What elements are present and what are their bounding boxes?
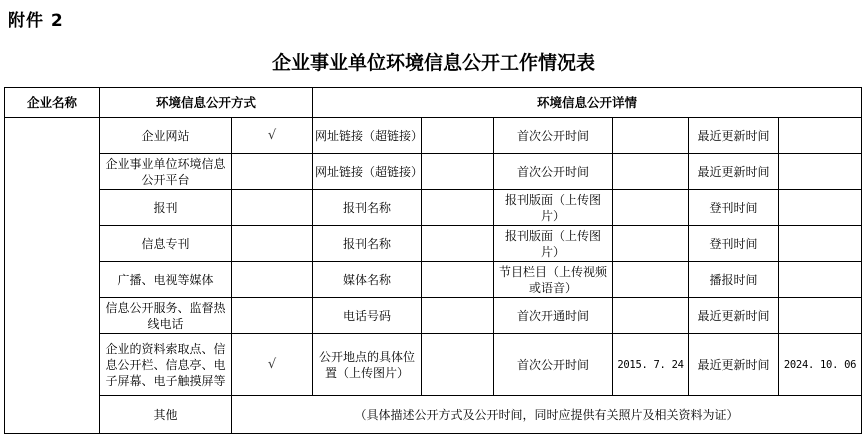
table-row: 企业的资料索取点、信息公开栏、信息亭、电子屏幕、电子触摸屏等 √ 公开地点的具体…: [5, 334, 862, 396]
field-label: 媒体名称: [313, 262, 422, 298]
field-value[interactable]: [422, 118, 494, 154]
field-label: 电话号码: [313, 298, 422, 334]
field-label: 最近更新时间: [689, 154, 779, 190]
field-value[interactable]: [779, 190, 862, 226]
field-value[interactable]: [422, 334, 494, 396]
header-company-name: 企业名称: [5, 88, 100, 118]
field-label: 网址链接（超链接）: [313, 118, 422, 154]
field-label: 播报时间: [689, 262, 779, 298]
method-label: 报刊: [100, 190, 232, 226]
field-label: 报刊版面（上传图片）: [494, 190, 613, 226]
field-value[interactable]: [613, 226, 689, 262]
table-row-other: 其他 （具体描述公开方式及公开时间，同时应提供有关照片及相关资料为证）: [5, 396, 862, 434]
check-cell[interactable]: [232, 154, 313, 190]
field-value[interactable]: [779, 118, 862, 154]
field-label: 报刊名称: [313, 190, 422, 226]
field-label: 最近更新时间: [689, 334, 779, 396]
attachment-label: 附件 2: [8, 6, 64, 31]
field-label: 首次公开时间: [494, 118, 613, 154]
check-cell[interactable]: [232, 190, 313, 226]
first-publish-date[interactable]: 2015. 7. 24: [613, 334, 689, 396]
field-label: 首次公开时间: [494, 154, 613, 190]
other-description[interactable]: （具体描述公开方式及公开时间，同时应提供有关照片及相关资料为证）: [232, 396, 862, 434]
check-cell[interactable]: [232, 298, 313, 334]
field-label: 公开地点的具体位置（上传图片）: [313, 334, 422, 396]
method-label: 其他: [100, 396, 232, 434]
check-mark-icon[interactable]: √: [232, 118, 313, 154]
field-value[interactable]: [422, 298, 494, 334]
check-mark-icon[interactable]: √: [232, 334, 313, 396]
field-label: 最近更新时间: [689, 118, 779, 154]
header-row: 企业名称 环境信息公开方式 环境信息公开详情: [5, 88, 862, 118]
field-value[interactable]: [613, 118, 689, 154]
disclosure-table: 企业名称 环境信息公开方式 环境信息公开详情 企业网站 √ 网址链接（超链接） …: [4, 87, 862, 434]
table-row: 企业事业单位环境信息公开平台 网址链接（超链接） 首次公开时间 最近更新时间: [5, 154, 862, 190]
field-value[interactable]: [613, 298, 689, 334]
field-label: 节目栏目（上传视频或语音）: [494, 262, 613, 298]
check-cell[interactable]: [232, 262, 313, 298]
field-label: 最近更新时间: [689, 298, 779, 334]
table-row: 信息专刊 报刊名称 报刊版面（上传图片） 登刊时间: [5, 226, 862, 262]
method-label: 企业事业单位环境信息公开平台: [100, 154, 232, 190]
company-name-cell[interactable]: [5, 118, 100, 434]
field-value[interactable]: [613, 154, 689, 190]
table-row: 企业网站 √ 网址链接（超链接） 首次公开时间 最近更新时间: [5, 118, 862, 154]
field-value[interactable]: [422, 154, 494, 190]
field-value[interactable]: [613, 190, 689, 226]
field-value[interactable]: [422, 226, 494, 262]
field-value[interactable]: [613, 262, 689, 298]
header-method: 环境信息公开方式: [100, 88, 313, 118]
field-label: 登刊时间: [689, 190, 779, 226]
method-label: 广播、电视等媒体: [100, 262, 232, 298]
header-details: 环境信息公开详情: [313, 88, 862, 118]
method-label: 信息专刊: [100, 226, 232, 262]
last-update-date[interactable]: 2024. 10. 06: [779, 334, 862, 396]
check-cell[interactable]: [232, 226, 313, 262]
table-row: 信息公开服务、监督热线电话 电话号码 首次开通时间 最近更新时间: [5, 298, 862, 334]
field-value[interactable]: [779, 298, 862, 334]
field-label: 网址链接（超链接）: [313, 154, 422, 190]
method-label: 企业的资料索取点、信息公开栏、信息亭、电子屏幕、电子触摸屏等: [100, 334, 232, 396]
field-value[interactable]: [422, 190, 494, 226]
field-value[interactable]: [422, 262, 494, 298]
field-label: 登刊时间: [689, 226, 779, 262]
table-row: 报刊 报刊名称 报刊版面（上传图片） 登刊时间: [5, 190, 862, 226]
page-title: 企业事业单位环境信息公开工作情况表: [0, 48, 867, 75]
method-label: 企业网站: [100, 118, 232, 154]
field-label: 首次开通时间: [494, 298, 613, 334]
field-label: 报刊版面（上传图片）: [494, 226, 613, 262]
field-value[interactable]: [779, 262, 862, 298]
method-label: 信息公开服务、监督热线电话: [100, 298, 232, 334]
field-value[interactable]: [779, 154, 862, 190]
field-label: 报刊名称: [313, 226, 422, 262]
field-value[interactable]: [779, 226, 862, 262]
table-row: 广播、电视等媒体 媒体名称 节目栏目（上传视频或语音） 播报时间: [5, 262, 862, 298]
field-label: 首次公开时间: [494, 334, 613, 396]
